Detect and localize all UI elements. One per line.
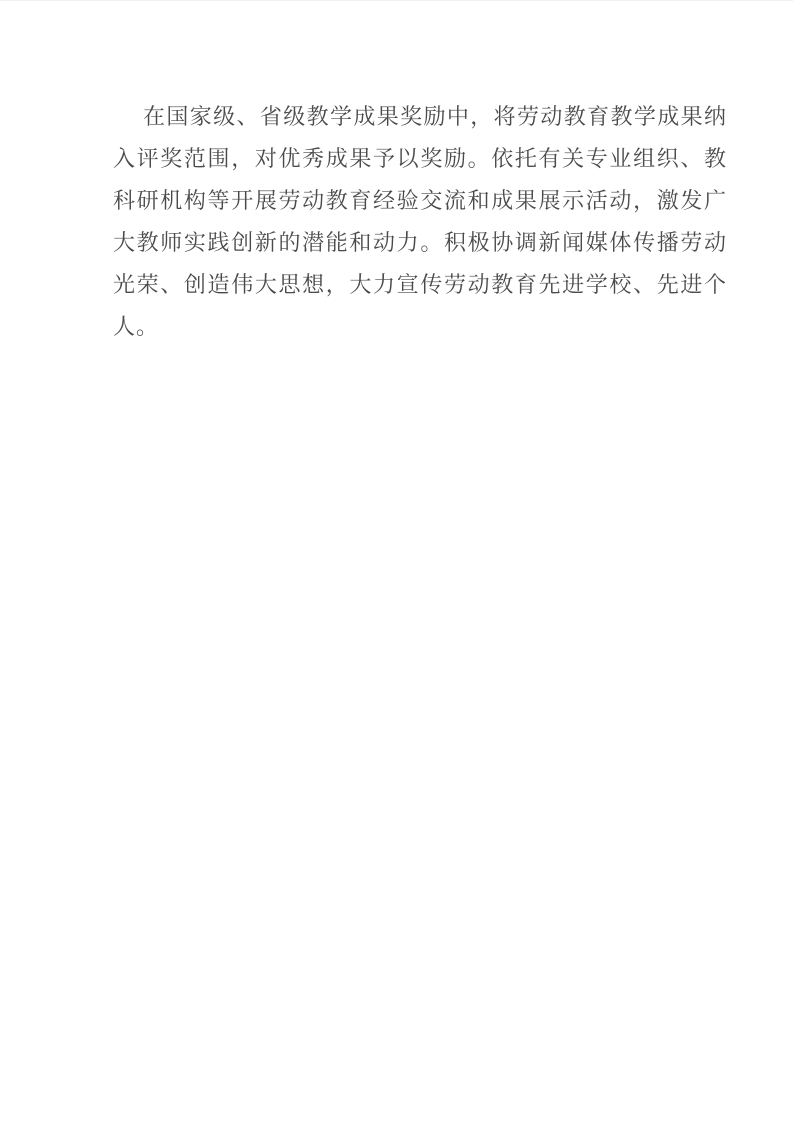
paragraph-line: 人。 [113,306,727,348]
paragraph-line: 大教师实践创新的潜能和动力。积极协调新闻媒体传播劳动 [113,222,727,264]
paragraph-line: 科研机构等开展劳动教育经验交流和成果展示活动，激发广 [113,180,727,222]
paragraph-line: 入评奖范围，对优秀成果予以奖励。依托有关专业组织、教 [113,138,727,180]
document-page: 在国家级、省级教学成果奖励中，将劳动教育教学成果纳 入评奖范围，对优秀成果予以奖… [0,0,793,1122]
paragraph-line: 在国家级、省级教学成果奖励中，将劳动教育教学成果纳 [113,96,727,138]
body-paragraph: 在国家级、省级教学成果奖励中，将劳动教育教学成果纳 入评奖范围，对优秀成果予以奖… [113,96,727,348]
paragraph-line: 光荣、创造伟大思想，大力宣传劳动教育先进学校、先进个 [113,264,727,306]
